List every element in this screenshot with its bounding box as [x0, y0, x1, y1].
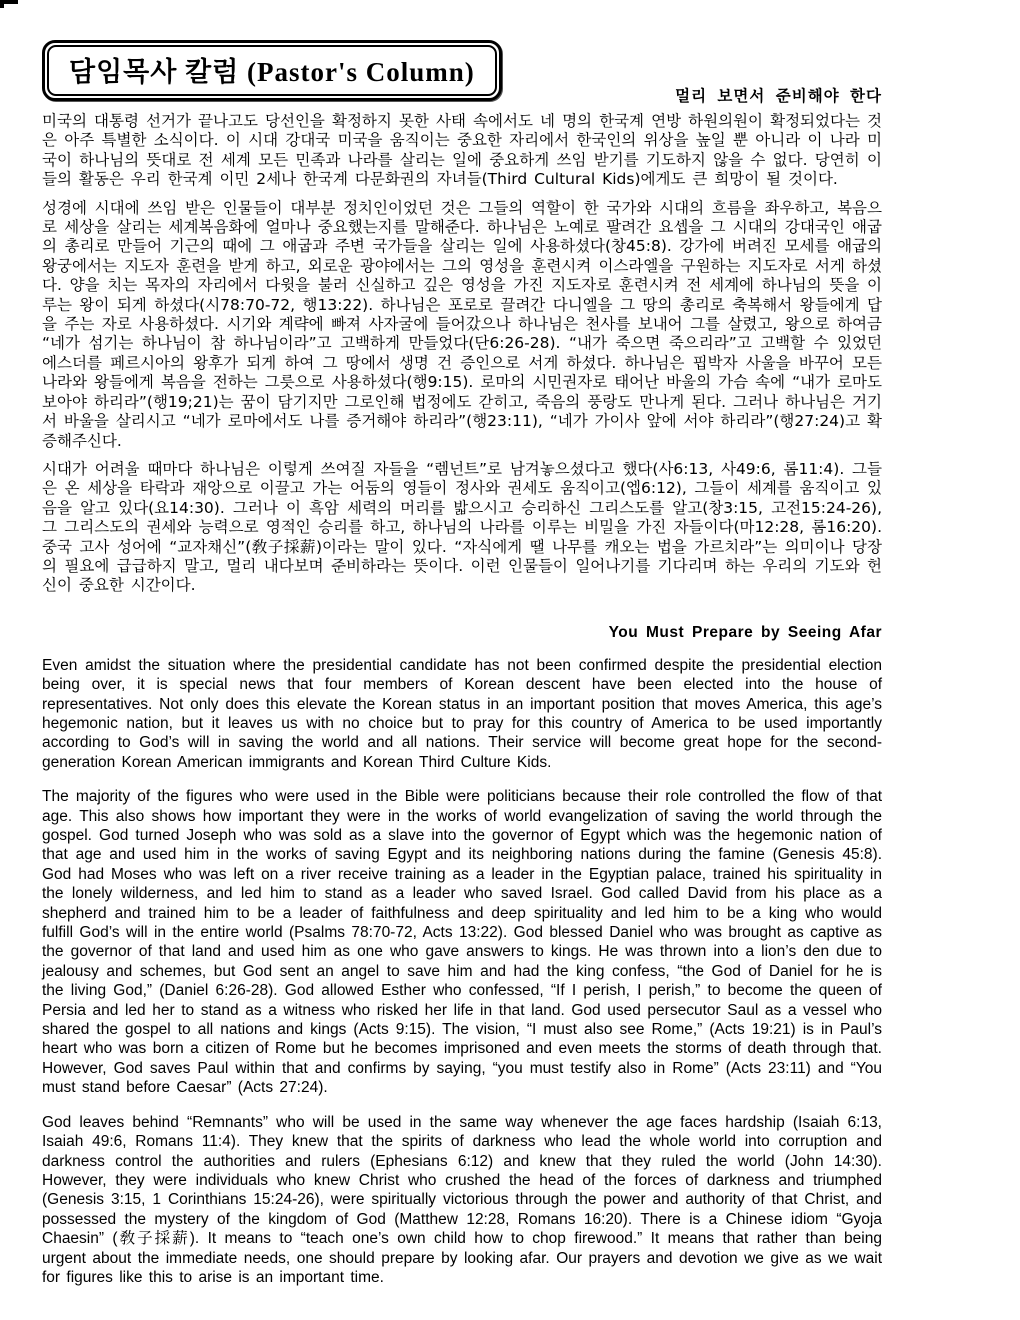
pastor-column-page: 담임목사 칼럼 (Pastor's Column) 멀리 보면서 준비해야 한다…: [42, 40, 882, 1302]
english-section: Even amidst the situation where the pres…: [42, 656, 882, 1288]
english-paragraph-1: Even amidst the situation where the pres…: [42, 656, 882, 772]
korean-section: 미국의 대통령 선거가 끝나고도 당선인을 확정하지 못한 사태 속에서도 네 …: [42, 112, 882, 596]
title-box: 담임목사 칼럼 (Pastor's Column): [42, 40, 502, 101]
page-header: 담임목사 칼럼 (Pastor's Column) 멀리 보면서 준비해야 한다: [42, 40, 882, 112]
title-box-inner: 담임목사 칼럼 (Pastor's Column): [47, 45, 497, 96]
english-section-title: You Must Prepare by Seeing Afar: [42, 624, 882, 642]
english-paragraph-3: God leaves behind “Remnants” who will be…: [42, 1113, 882, 1288]
korean-paragraph-3: 시대가 어려울 때마다 하나님은 이렇게 쓰여질 자들을 “렘넌트”로 남겨놓으…: [42, 460, 882, 596]
korean-paragraph-1: 미국의 대통령 선거가 끝나고도 당선인을 확정하지 못한 사태 속에서도 네 …: [42, 112, 882, 190]
korean-subtitle: 멀리 보면서 준비해야 한다: [675, 84, 882, 106]
page-title: 담임목사 칼럼 (Pastor's Column): [69, 57, 475, 87]
korean-paragraph-2: 성경에 시대에 쓰임 받은 인물들이 대부분 정치인이었던 것은 그들의 역할이…: [42, 199, 882, 451]
scan-corner-mark: [0, 0, 18, 8]
english-paragraph-2: The majority of the figures who were use…: [42, 787, 882, 1098]
